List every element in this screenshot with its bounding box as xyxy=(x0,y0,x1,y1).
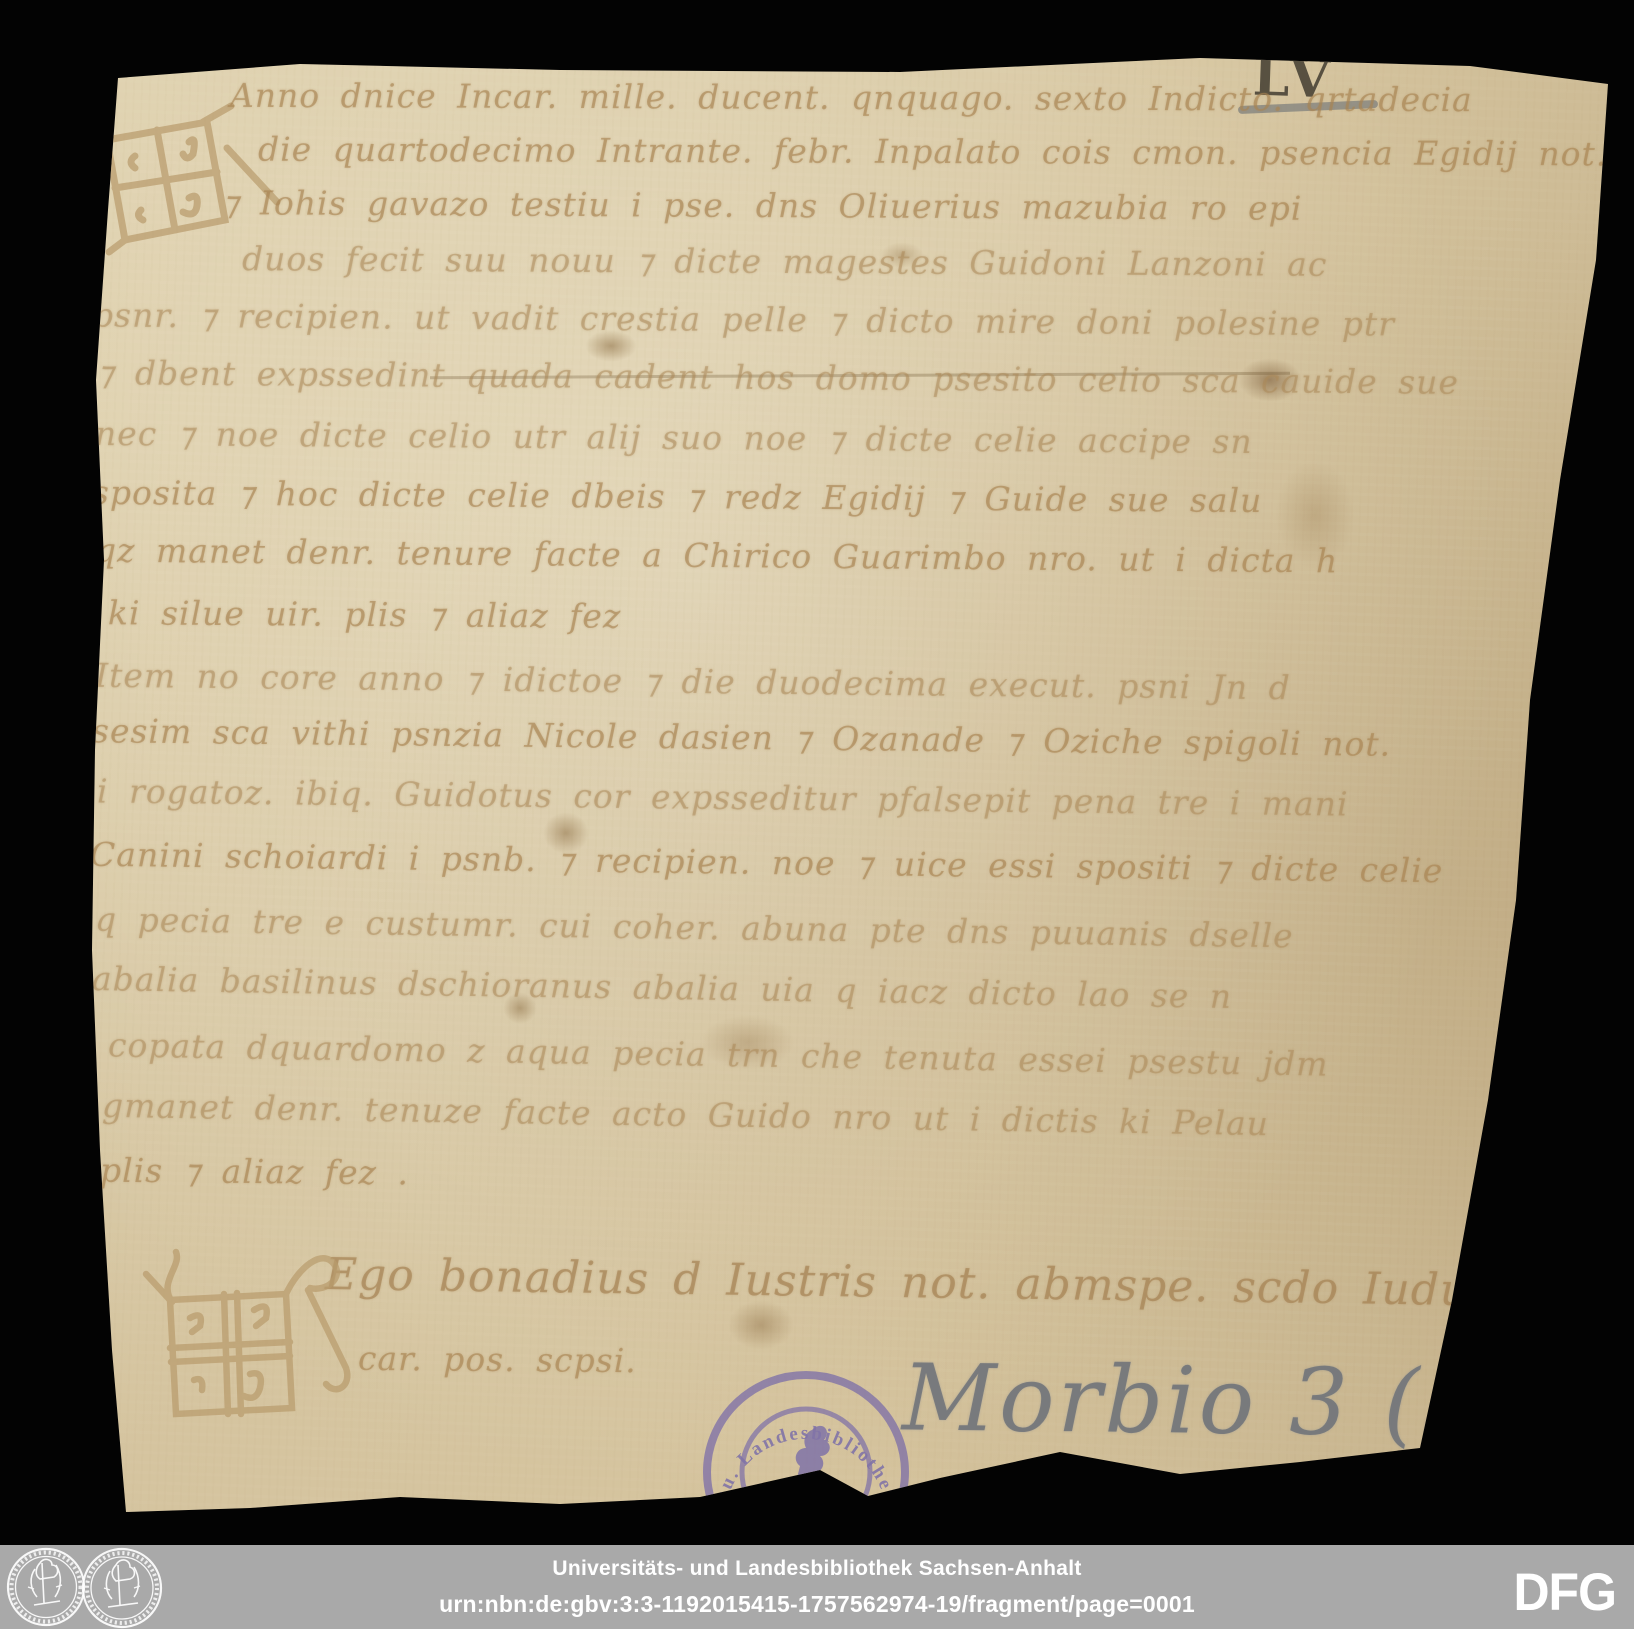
manuscript-line: ⁊ dbent expssedint quada cadent hos domo… xyxy=(97,353,1459,402)
manuscript-line: psnr. ⁊ recipien. ut vadit crestia pelle… xyxy=(92,295,1395,343)
manuscript-line: nec ⁊ noe dicte celio utr alij suo noe ⁊… xyxy=(95,414,1253,461)
footer-bar: Universitäts- und Landesbibliothek Sachs… xyxy=(0,1545,1634,1629)
manuscript-line: Item no core anno ⁊ idictoe ⁊ die duodec… xyxy=(95,656,1291,708)
library-seals xyxy=(4,1541,174,1629)
manuscript-line: q pecia tre e custumr. cui coher. abuna … xyxy=(95,900,1294,956)
manuscript-line: die quartodecimo Intrante. febr. Inpalat… xyxy=(258,130,1607,174)
manuscript-line: plis ⁊ aliaz fez . xyxy=(100,1151,409,1193)
dfg-logo: DFG xyxy=(1513,1562,1616,1623)
manuscript-line: Canini schoiardi i psnb. ⁊ recipien. noe… xyxy=(90,835,1444,891)
manuscript-line: duos fecit suu nouu ⁊ dicte magestes Gui… xyxy=(242,239,1328,284)
footer-credits: Universitäts- und Landesbibliothek Sachs… xyxy=(439,1557,1195,1618)
manuscript-line: gmanet denr. tenuze facte acto Guido nro… xyxy=(102,1086,1270,1143)
university-seal-icon xyxy=(8,1549,84,1625)
manuscript-line: ⁊ Iohis gavazo testiu i pse. dns Oliueri… xyxy=(222,183,1303,228)
pencil-shelfmark: Morbio 3 (55) xyxy=(901,1344,1584,1458)
manuscript-line: i rogatoz. ibiq. Guidotus cor expsseditu… xyxy=(97,771,1349,823)
manuscript-line: copata dquardomo z aqua pecia trn che te… xyxy=(108,1025,1329,1083)
parchment-scan: LV Anno dnice Incar. mille. ducent. qnqu… xyxy=(0,0,1634,1629)
manuscript-line: sposita ⁊ hoc dicte celie dbeis ⁊ redz E… xyxy=(92,473,1263,520)
manuscript-line: abalia basilinus dschioranus abalia uia … xyxy=(92,959,1233,1016)
library-stamp: u. Landesbibliothek xyxy=(700,1368,912,1538)
notary-subscription-line: car. pos. scpsi. xyxy=(358,1339,637,1380)
manuscript-line: Anno dnice Incar. mille. ducent. qnquago… xyxy=(230,76,1473,119)
library-seal-icon xyxy=(83,1549,161,1627)
manuscript-line: qz manet denr. tenure facte a Chirico Gu… xyxy=(95,531,1339,581)
urn-identifier: urn:nbn:de:gbv:3:3-1192015415-1757562974… xyxy=(439,1591,1195,1618)
notary-subscription-line: Ego bonadius d Iustris not. abmspe. scdo… xyxy=(325,1249,1610,1318)
stain xyxy=(728,1300,794,1350)
notary-sign-bottom xyxy=(138,1238,358,1418)
library-name: Universitäts- und Landesbibliothek Sachs… xyxy=(439,1557,1195,1581)
manuscript-line: ki silue uir. plis ⁊ aliaz fez xyxy=(108,593,622,636)
manuscript-line: sesim sca vithi psnzia Nicole dasien ⁊ O… xyxy=(92,711,1392,764)
